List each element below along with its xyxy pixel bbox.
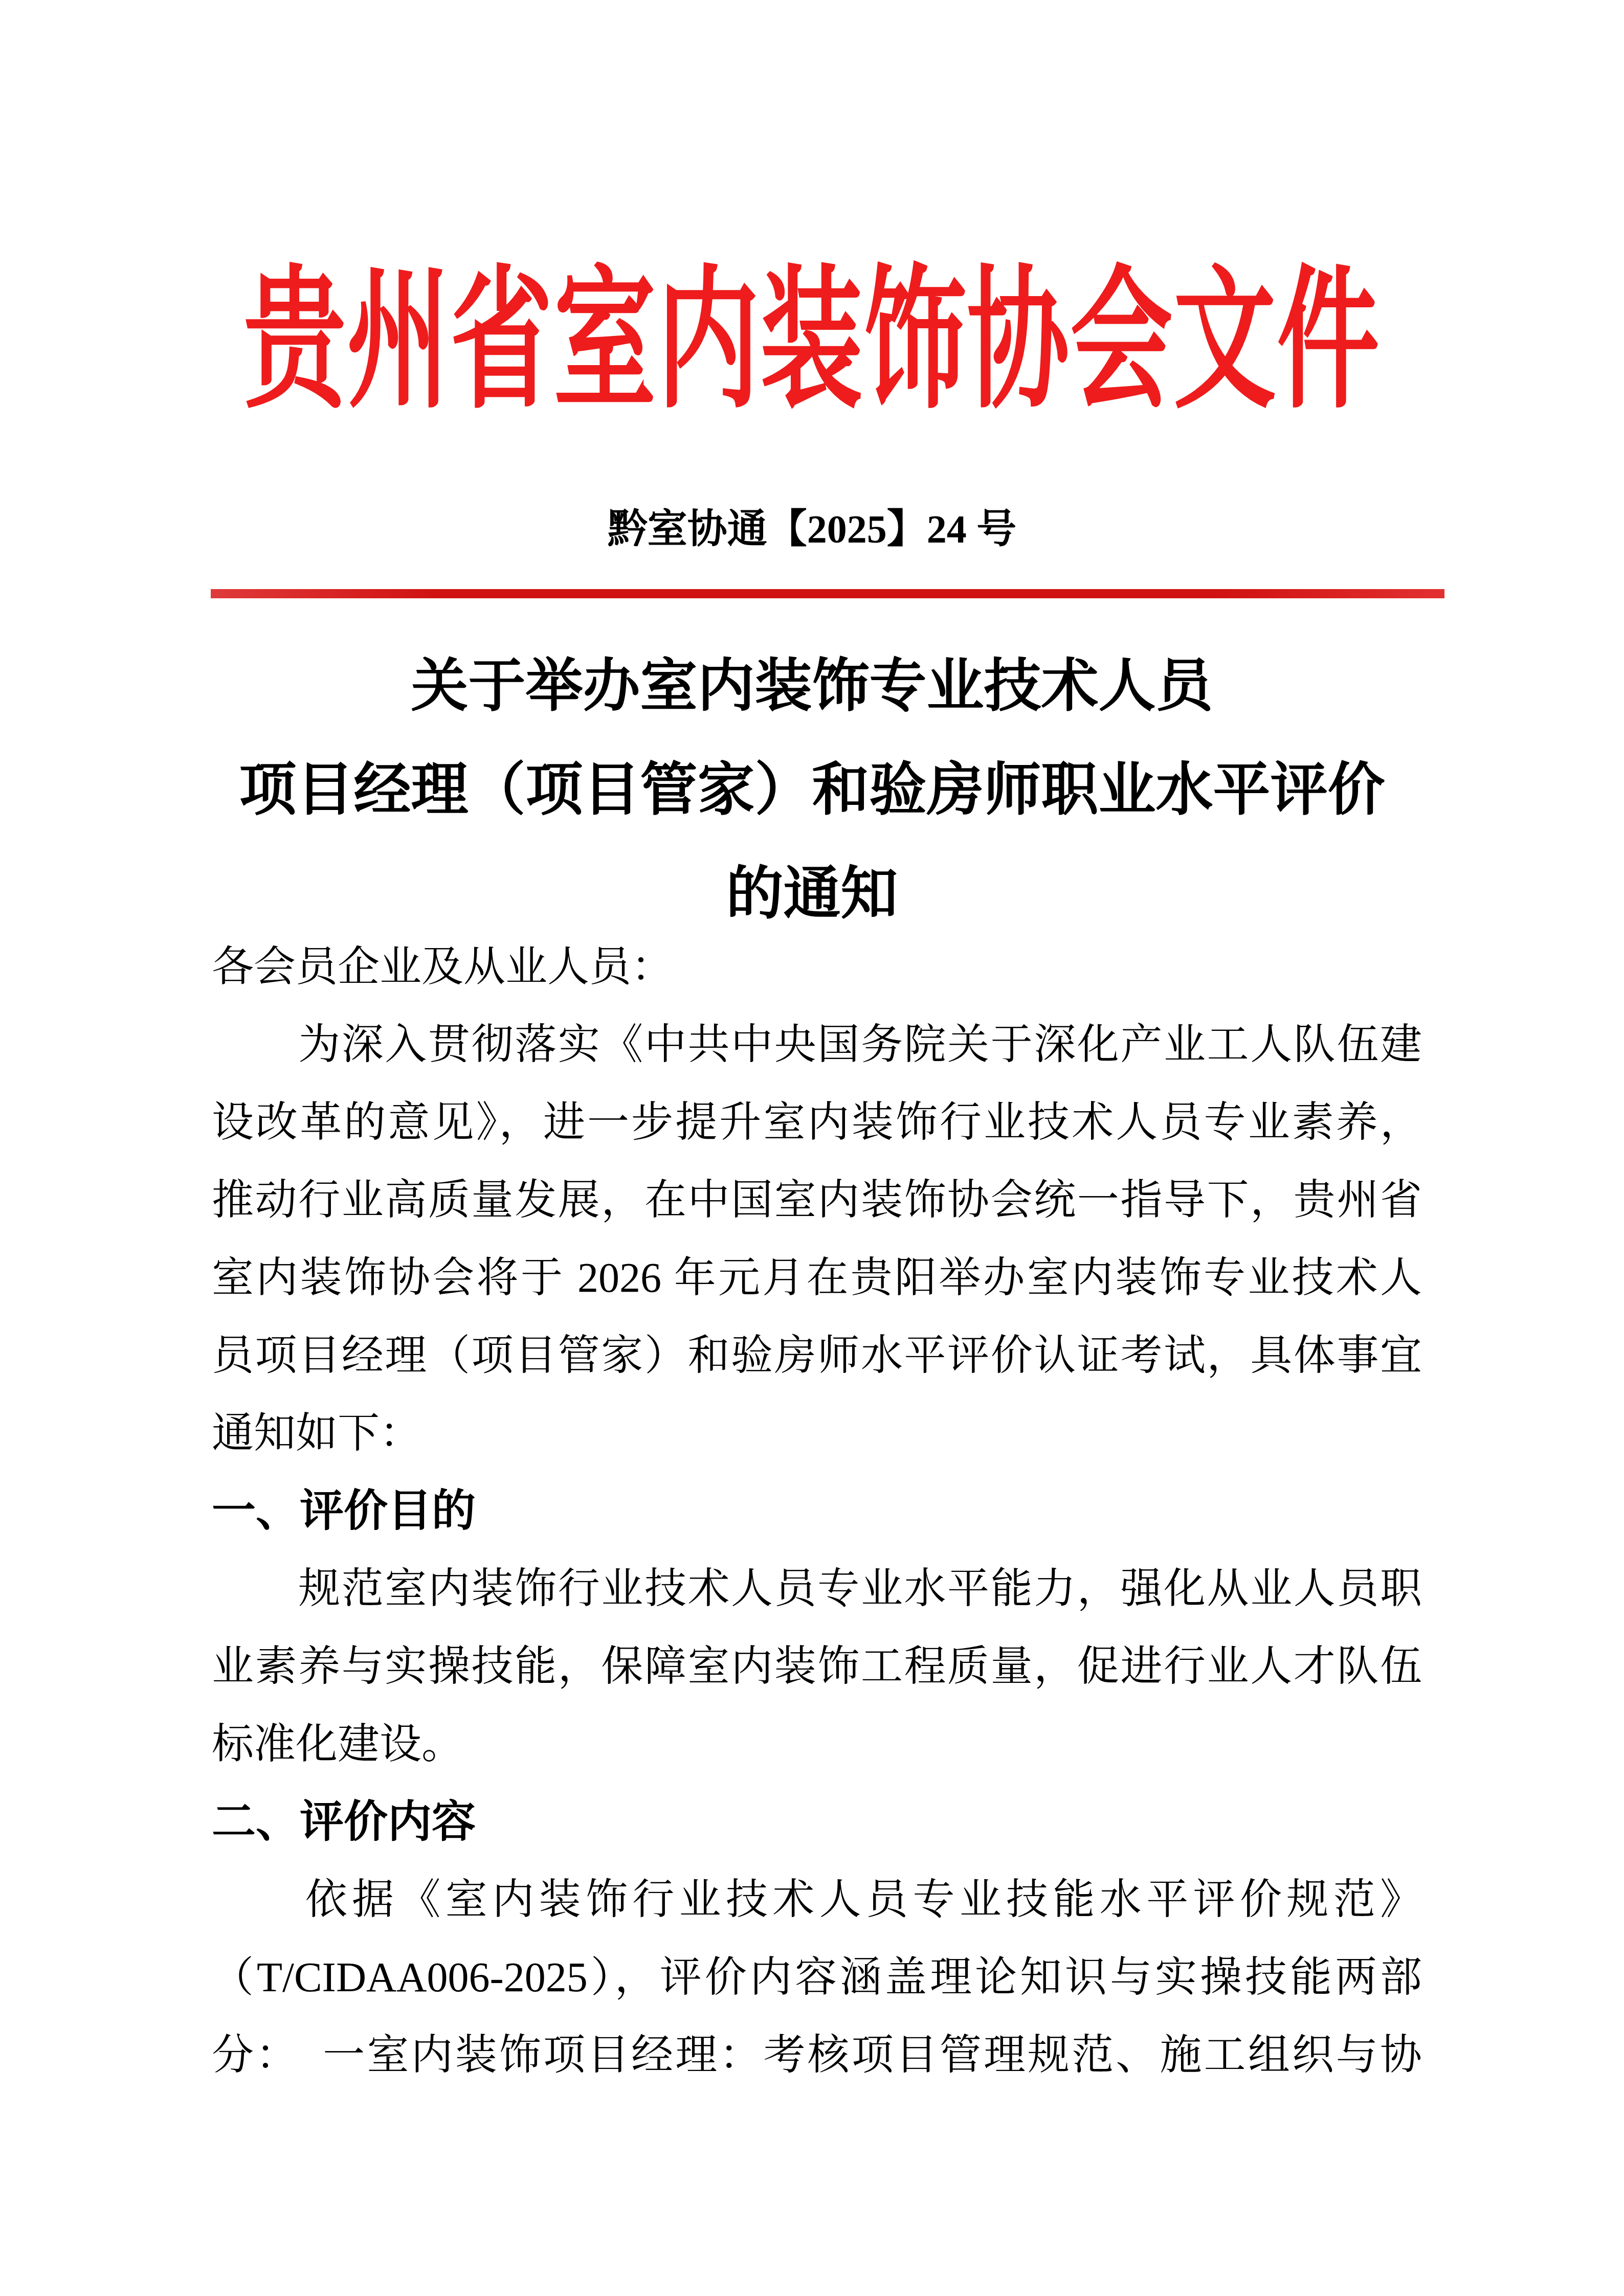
body-line: 室内装饰协会将于 2026 年元月在贵阳举办室内装饰专业技术人 bbox=[212, 1239, 1422, 1317]
doc-number: 黔室协通【2025】24 号 bbox=[0, 504, 1624, 555]
body-line: （T/CIDAA006-2025），评价内容涵盖理论知识与实操技能两部 bbox=[212, 1939, 1422, 2016]
notice-title-line-1: 关于举办室内装饰专业技术人员 bbox=[0, 634, 1624, 738]
body-line: 设改革的意见》，进一步提升室内装饰行业技术人员专业素养， bbox=[212, 1084, 1422, 1161]
notice-title-line-2: 项目经理（项目管家）和验房师职业水平评价 bbox=[0, 738, 1624, 842]
letterhead-title: 贵州省室内装饰协会文件 bbox=[0, 266, 1624, 419]
body-line: 分： 一室内装饰项目经理：考核项目管理规范、施工组织与协 bbox=[212, 2016, 1422, 2094]
body-line: 规范室内装饰行业技术人员专业水平能力，强化从业人员职 bbox=[212, 1550, 1422, 1628]
body-line: 员项目经理（项目管家）和验房师水平评价认证考试，具体事宜 bbox=[212, 1317, 1422, 1394]
section-heading: 二、评价内容 bbox=[212, 1783, 1422, 1861]
body-line: 各会员企业及从业人员： bbox=[212, 928, 1422, 1006]
document-page: 贵州省室内装饰协会文件 黔室协通【2025】24 号 关于举办室内装饰专业技术人… bbox=[0, 0, 1624, 2296]
notice-title: 关于举办室内装饰专业技术人员 项目经理（项目管家）和验房师职业水平评价 的通知 bbox=[0, 634, 1624, 946]
body-line: 业素养与实操技能，保障室内装饰工程质量，促进行业人才队伍 bbox=[212, 1628, 1422, 1705]
body-line: 推动行业高质量发展，在中国室内装饰协会统一指导下，贵州省 bbox=[212, 1161, 1422, 1239]
body-line: 为深入贯彻落实《中共中央国务院关于深化产业工人队伍建 bbox=[212, 1006, 1422, 1084]
section-heading: 一、评价目的 bbox=[212, 1472, 1422, 1550]
red-divider-rule bbox=[211, 589, 1444, 598]
body-line: 通知如下： bbox=[212, 1394, 1422, 1472]
body-text: 各会员企业及从业人员： 为深入贯彻落实《中共中央国务院关于深化产业工人队伍建设改… bbox=[212, 928, 1422, 2094]
body-line: 依据《室内装饰行业技术人员专业技能水平评价规范》 bbox=[212, 1861, 1422, 1939]
body-line: 标准化建设。 bbox=[212, 1705, 1422, 1783]
